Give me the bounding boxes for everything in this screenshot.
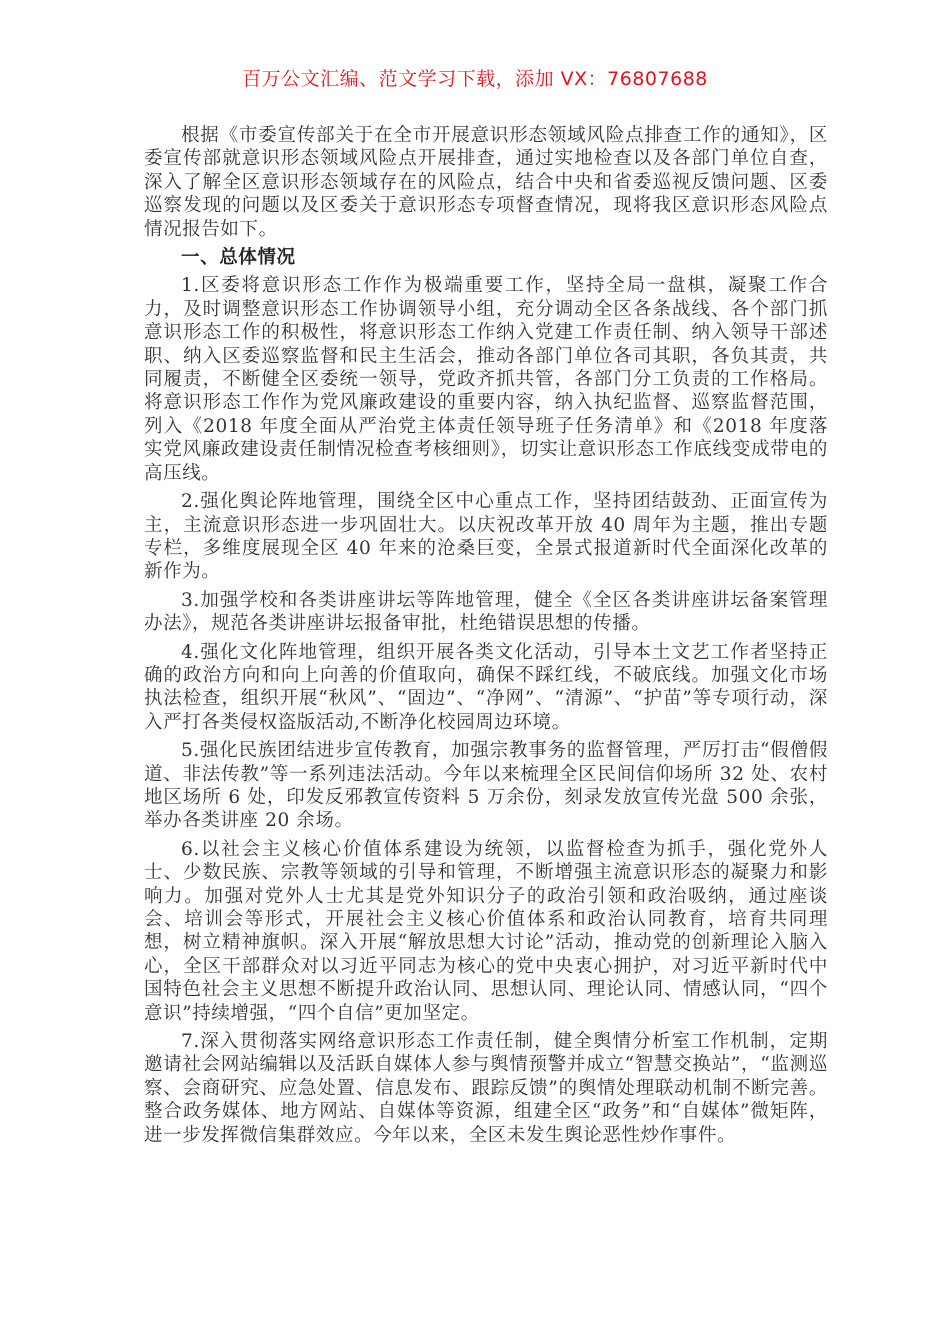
item-paragraph-4: 4.强化文化阵地管理，组织开展各类文化活动，引导本土文艺工作者坚持正确的政治方向…: [144, 641, 828, 735]
intro-paragraph: 根据《市委宣传部关于在全市开展意识形态领域风险点排查工作的通知》，区委宣传部就意…: [144, 124, 828, 241]
item-paragraph-6: 6.以社会主义核心价值体系建设为统领，以监督检查为抓手，强化党外人士、少数民族、…: [144, 838, 828, 1025]
document-body: 根据《市委宣传部关于在全市开展意识形态领域风险点排查工作的通知》，区委宣传部就意…: [144, 124, 828, 1147]
item-paragraph-1: 1.区委将意识形态工作作为极端重要工作，坚持全局一盘棋，凝聚工作合力，及时调整意…: [144, 274, 828, 485]
promo-banner: 百万公文汇编、范文学习下载，添加 VX：76807688: [0, 64, 950, 94]
item-paragraph-2: 2.强化舆论阵地管理，围绕全区中心重点工作，坚持团结鼓劲、正面宣传为主，主流意识…: [144, 490, 828, 584]
item-paragraph-3: 3.加强学校和各类讲座讲坛等阵地管理，健全《全区各类讲座讲坛备案管理办法》，规范…: [144, 589, 828, 636]
document-page: 百万公文汇编、范文学习下载，添加 VX：76807688 根据《市委宣传部关于在…: [0, 0, 950, 1344]
item-paragraph-5: 5.强化民族团结进步宣传教育，加强宗教事务的监督管理，严厉打击“假僧假道、非法传…: [144, 739, 828, 833]
item-paragraph-7: 7.深入贯彻落实网络意识形态工作责任制，健全舆情分析室工作机制，定期邀请社会网站…: [144, 1030, 828, 1147]
section-heading-overview: 一、总体情况: [144, 246, 828, 269]
